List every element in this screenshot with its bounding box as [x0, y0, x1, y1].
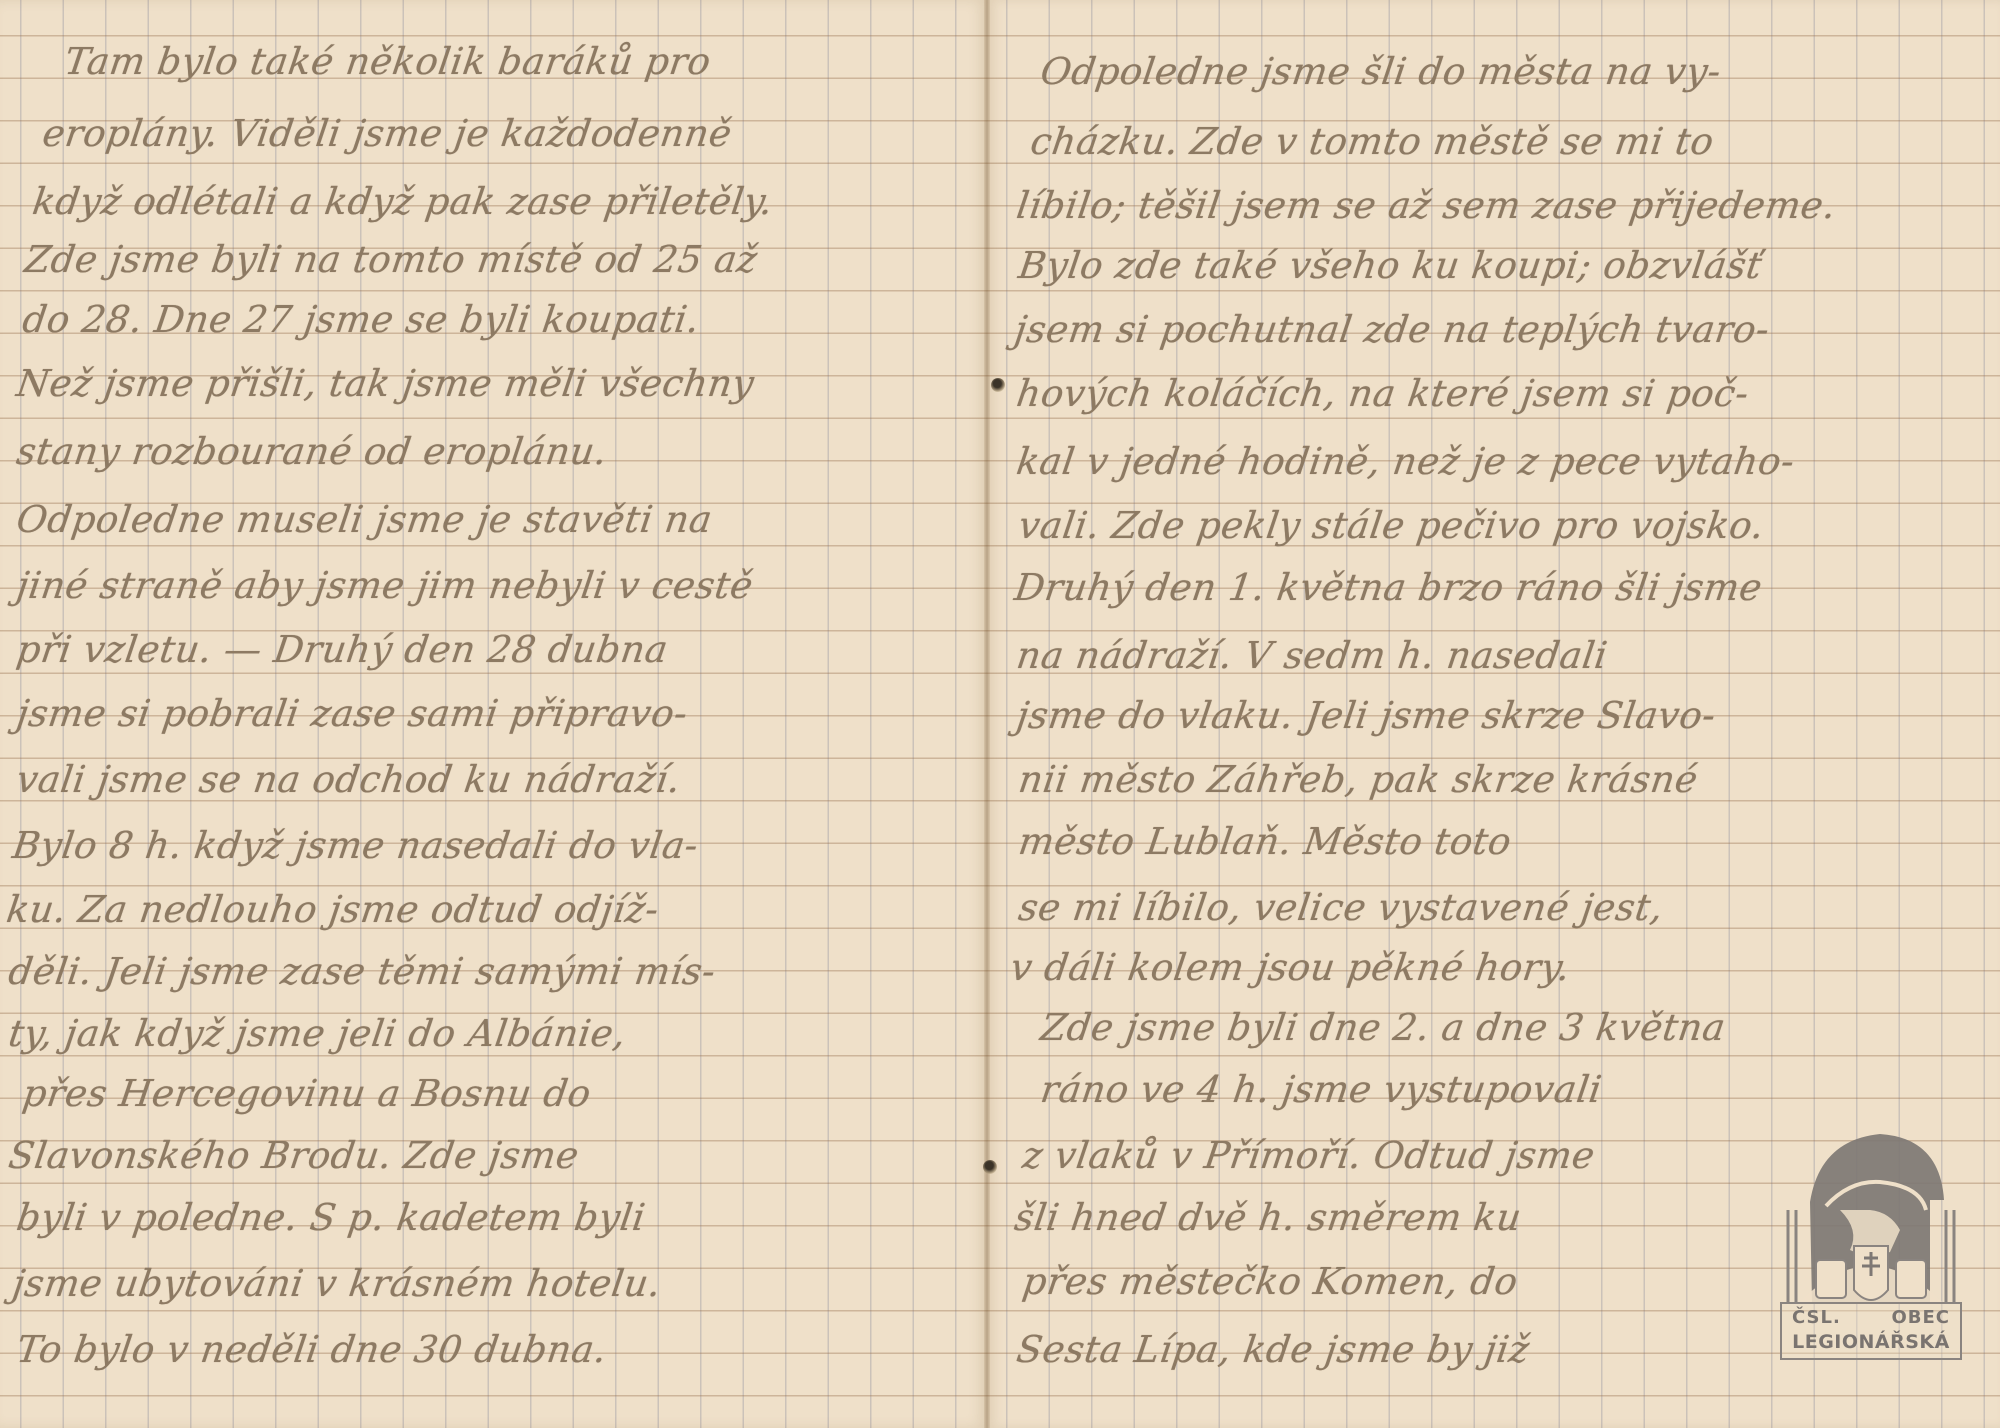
handwritten-line: v dáli kolem jsou pěkné hory. — [1008, 946, 1573, 989]
handwritten-line: přes Hercegovinu a Bosnu do — [20, 1072, 594, 1115]
handwritten-line: Sesta Lípa, kde jsme by již — [1014, 1328, 1532, 1371]
staple-bottom — [983, 1160, 997, 1174]
handwritten-line: se mi líbilo, velice vystavené jest, — [1016, 886, 1666, 929]
handwritten-line: šli hned dvě h. směrem ku — [1012, 1196, 1524, 1239]
handwritten-line: když odlétali a když pak zase přiletěly. — [30, 180, 776, 223]
handwritten-line: vali. Zde pekly stále pečivo pro vojsko. — [1016, 504, 1767, 547]
handwritten-line: ty, jak když jsme jeli do Albánie, — [6, 1012, 629, 1055]
handwritten-line: eroplány. Viděli jsme je každodenně — [40, 112, 735, 155]
handwritten-line: stany rozbourané od eroplánu. — [14, 430, 610, 473]
watermark-text-obec: OBEC — [1891, 1306, 1950, 1330]
handwritten-line: vali jsme se na odchod ku nádraží. — [14, 758, 684, 801]
book-fold — [984, 0, 990, 1428]
handwritten-line: z vlaků v Přímoří. Odtud jsme — [1020, 1134, 1598, 1177]
handwritten-line: ráno ve 4 h. jsme vystupovali — [1038, 1068, 1605, 1111]
handwritten-line: Odpoledne museli jsme je stavěti na — [14, 498, 715, 541]
handwritten-line: kal v jedné hodině, než je z pece vytaho… — [1014, 440, 1797, 483]
handwritten-line: jsme si pobrali zase sami připravo- — [14, 692, 690, 735]
handwritten-line: hových koláčích, na které jsem si poč- — [1014, 372, 1752, 415]
handwritten-line: nii město Záhřeb, pak skrze krásné — [1016, 758, 1701, 801]
handwritten-line: Druhý den 1. května brzo ráno šli jsme — [1012, 566, 1765, 609]
handwritten-line: Než jsme přišli, tak jsme měli všechny — [14, 362, 757, 405]
handwritten-line: jsme ubytováni v krásném hotelu. — [10, 1262, 664, 1305]
handwritten-line: Slavonského Brodu. Zde jsme — [6, 1134, 582, 1177]
handwritten-line: jsme do vlaku. Jeli jsme skrze Slavo- — [1014, 694, 1719, 737]
handwritten-line: cházku. Zde v tomto městě se mi to — [1028, 120, 1717, 163]
handwritten-line: byli v poledne. S p. kadetem byli — [14, 1196, 648, 1239]
legionnaire-helmet-emblem-icon — [1780, 1120, 1962, 1310]
handwritten-line: Tam bylo také několik baráků pro — [62, 40, 714, 83]
watermark-text-csl: ČSL. — [1792, 1306, 1841, 1330]
handwritten-line: na nádraží. V sedm h. nasedali — [1014, 634, 1610, 677]
handwritten-line: město Lublaň. Město toto — [1016, 820, 1514, 863]
handwritten-line: Bylo 8 h. když jsme nasedali do vla- — [10, 824, 701, 867]
handwritten-line: do 28. Dne 27 jsme se byli koupati. — [20, 298, 702, 341]
watermark-label: ČSL. OBEC LEGIONÁŘSKÁ — [1780, 1302, 1962, 1360]
handwritten-line: ku. Za nedlouho jsme odtud odjíž- — [4, 888, 662, 931]
diary-spread: Tam bylo také několik baráků pro eroplán… — [0, 0, 2000, 1428]
handwritten-line: při vzletu. — Druhý den 28 dubna — [14, 628, 671, 671]
handwritten-line: Bylo zde také všeho ku koupi; obzvlášť — [1016, 244, 1765, 287]
handwritten-line: jsem si pochutnal zde na teplých tvaro- — [1012, 308, 1772, 351]
handwritten-line: líbilo; těšil jsem se až sem zase přijed… — [1014, 184, 1839, 227]
left-page: Tam bylo také několik baráků pro eroplán… — [0, 0, 988, 1428]
handwritten-line: Zde jsme byli dne 2. a dne 3 května — [1038, 1006, 1728, 1049]
handwritten-line: Zde jsme byli na tomto místě od 25 až — [22, 238, 760, 281]
watermark-text-legionarska: LEGIONÁŘSKÁ — [1782, 1330, 1960, 1354]
staple-top — [991, 378, 1005, 392]
handwritten-line: To bylo v neděli dne 30 dubna. — [14, 1328, 610, 1371]
handwritten-line: jiné straně aby jsme jim nebyli v cestě — [14, 564, 756, 607]
handwritten-line: přes městečko Komen, do — [1020, 1260, 1521, 1303]
watermark-logo: ČSL. OBEC LEGIONÁŘSKÁ — [1780, 1120, 1962, 1360]
handwritten-line: děli. Jeli jsme zase těmi samými mís- — [6, 950, 718, 993]
handwritten-line: Odpoledne jsme šli do města na vy- — [1038, 50, 1724, 93]
